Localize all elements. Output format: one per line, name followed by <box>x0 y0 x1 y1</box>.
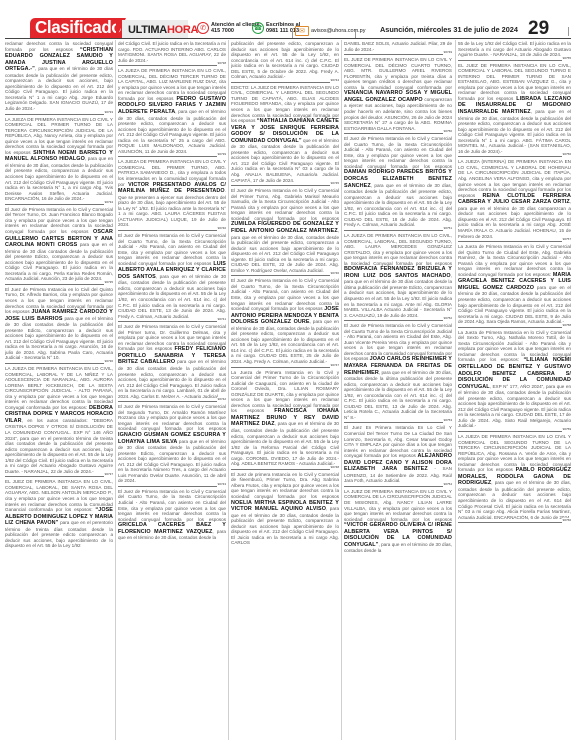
edict-code: 90754 <box>443 482 452 488</box>
edict-code: 90741 <box>217 317 226 323</box>
edict-body: , para que en el término de 30 días, con… <box>231 228 339 273</box>
edict-text: EDICTO: LA JUEZ DE PRIMERA INSTANCIA EN … <box>231 85 339 183</box>
edict-notice: El Juez de Primera Instancia en lo Civil… <box>118 232 226 320</box>
edict-text: La Jueza de Primera Instancia en lo Civi… <box>231 370 339 467</box>
edict-body: LA JUEZA DE PRIMERA INSTANCIA EN LO CIVI… <box>5 366 113 410</box>
edict-text: El Juez de Primera Instancia en lo Civil… <box>118 324 226 399</box>
section-banner: Clasificados <box>30 18 122 38</box>
edict-body: , para que en el término de 30 días, con… <box>118 109 226 154</box>
edict-notice: El Juez En Primera Instancia En Lo Civil… <box>344 424 452 484</box>
edict-notice: publicación del presente edicto, compare… <box>231 40 339 81</box>
edict-divider: 90752 <box>344 320 452 321</box>
edict-body: , para que en el término de 30 días, con… <box>231 319 339 364</box>
edict-body: , para que en el término de 30 días, con… <box>231 506 339 545</box>
edict-body: , para que en el término de 30 días, con… <box>458 480 571 519</box>
edict-text: EL JUEZ DE PRIMERA INSTANCIA EN LO CIVIL… <box>458 63 571 155</box>
edict-notice: El Juez de Primera Instancia en lo Civil… <box>118 488 226 542</box>
edict-body: , para que en el término de 30 días, con… <box>118 274 226 319</box>
header-divider <box>355 30 356 38</box>
edict-body: , para que en el término de 30 días, con… <box>458 109 571 154</box>
edict-divider: 90740 <box>118 230 226 231</box>
edict-notice: LA JUEZA DE PRIMERA INSTANCIA EN LO CIVI… <box>118 67 226 155</box>
whatsapp-icon: ☎ <box>252 22 264 34</box>
header-divider <box>292 30 293 38</box>
edict-text: LA JUEZA DE PRIMERA INSTANCIA EN LO CIVI… <box>5 117 113 202</box>
header-divider <box>568 27 569 36</box>
edict-body: El Juez de Primera Instancia en lo Civil… <box>231 188 339 221</box>
phone-number: 415 7000 <box>211 28 234 34</box>
page-number: 29 <box>528 18 549 40</box>
edict-text: EL JUEZ DE PRIMERA INSTANCIA EN LO CIVIL… <box>5 479 113 549</box>
edict-body: , para que en el término de 30 días cont… <box>344 273 452 318</box>
edict-body: para que en el término de 30 días contad… <box>5 316 113 361</box>
edict-divider: 90737 <box>5 476 113 477</box>
edict-code: 90748 <box>330 465 339 471</box>
edict-body: publicación del presente edicto, compare… <box>231 41 339 79</box>
edict-notice: del Código Civil. El juicio radica en la… <box>118 40 226 64</box>
edict-divider: 90739 <box>118 156 226 157</box>
edict-text: El Juez de Primera Instancia en lo Civil… <box>344 323 452 420</box>
edict-code: 90753 <box>443 418 452 424</box>
edict-text: LA JUEZA DE PRIMERA INSTANCIA EN LO CIVI… <box>344 233 452 318</box>
publication-date: Asunción, miércoles 31 de julio de 2024 <box>380 25 518 34</box>
edict-code: 90755 <box>562 56 571 62</box>
column-3: publicación del presente edicto, compare… <box>231 40 339 752</box>
edict-body: , EXP N° 177, AÑO 2024”, para que en el … <box>458 384 571 429</box>
edict-notice: 55 de la Ley 1/92 del Código Civil. El j… <box>458 40 571 59</box>
edict-text: El Juez de Primera Instancia en lo Civil… <box>231 188 339 273</box>
edict-divider: 90759 <box>458 431 571 432</box>
edict-body: , para que en el término de 30 días cont… <box>5 66 113 111</box>
spouses-names: NOELIA MIRTHA ESPINOLA BENITEZ Y VICTOR … <box>231 500 339 513</box>
edict-body: El Juez de Primera Instancia en lo Civil… <box>118 233 226 266</box>
edict-divider: 90734 <box>5 204 113 205</box>
edict-body: La Jueza de Primera Instancia en lo Civi… <box>231 370 339 414</box>
edict-text: 55 de la Ley 1/92 del Código Civil. El j… <box>458 41 571 58</box>
edict-body: , para que en el término de 30 días comp… <box>458 199 571 238</box>
edict-code: 90745 <box>330 181 339 187</box>
edict-body: EL JUEZ DE PRIMERA INSTANCIA EN LO CIVIL… <box>344 57 452 90</box>
edict-body: DANIEL BAEZ SOLIS, Actuario Judicial. Pi… <box>344 41 452 52</box>
edict-text: El Juez En Primera Instancia En Lo Civil… <box>344 425 452 483</box>
email-address[interactable]: avisos@uhora.com.py <box>311 28 366 34</box>
edict-divider: 90756 <box>458 156 571 157</box>
edict-divider: 90733 <box>5 114 113 115</box>
edict-divider: 90736 <box>5 363 113 364</box>
edict-code: 90752 <box>443 316 452 322</box>
edict-text: LA JUEZA DE PRIMERA INSTANCIA EN LO CIVI… <box>458 434 571 520</box>
edict-body: 55 de la Ley 1/92 del Código Civil. El j… <box>458 41 571 57</box>
edict-notice: LA JUEZA (INTERINA) DE PRIMERA INSTANCIA… <box>458 158 571 240</box>
column-divider <box>115 40 116 740</box>
edict-notice: LA JUEZA DE PRIMERA INSTANCIA EN LO CIVI… <box>5 116 113 203</box>
edict-notice: El Juez de Primera Instancia en lo Civil… <box>5 286 113 362</box>
edict-code: 90737 <box>104 472 113 478</box>
edict-code: 90757 <box>562 237 571 243</box>
spouses-names: GRICELDA CACERES BAEZ y FLORENCIO MARTIN… <box>118 522 226 535</box>
newspaper-logo: ULTIMAHORA <box>128 24 198 36</box>
edict-body: . Que se presenten a ejercer sus derecho… <box>118 188 226 227</box>
edict-notice: EL JUEZ DE PRIMERA INSTANCIA EN LO CIVIL… <box>344 56 452 132</box>
edict-notice: EL JUEZ DE PRIMERA INSTANCIA EN LO CIVIL… <box>458 62 571 156</box>
edict-divider: 90760 <box>458 522 571 523</box>
edict-divider: 90735 <box>5 284 113 285</box>
column-4: DANIEL BAEZ SOLIS, Actuario Judicial. Pi… <box>344 40 452 752</box>
edict-notice: El Juez de Primera Instancia en lo Civil… <box>231 277 339 365</box>
classifieds-columns: reclamar derechos contra la sociedad con… <box>5 40 571 752</box>
edict-divider: 90750 <box>344 133 452 134</box>
edict-body: , para que en el término de 30 días, con… <box>344 183 452 228</box>
edict-notice: LA JUEZA DE PRIMERA INSTANCIA EN LO CIVI… <box>458 433 571 521</box>
edict-body: del Código Civil. El juicio radica en la… <box>118 41 226 63</box>
edict-divider: 90745 <box>231 185 339 186</box>
column-divider <box>341 40 342 740</box>
edict-code: 90747 <box>330 363 339 369</box>
edict-text: EL JUEZ DE PRIMERA INSTANCIA EN LO CIVIL… <box>344 57 452 131</box>
column-2: del Código Civil. El juicio radica en la… <box>118 40 226 752</box>
edict-code: 90738 <box>217 61 226 67</box>
edict-divider: 90758 <box>458 327 571 328</box>
edict-notice: La Jueza de Primera Instancia en lo Civi… <box>458 243 571 326</box>
edict-text: El Juez de Primera Instancia en lo Civil… <box>118 489 226 541</box>
edict-divider: 90742 <box>118 401 226 402</box>
edict-text: LA JUEZ DE PRIMERA INSTANCIA EN LO CIVIL… <box>344 489 452 554</box>
edict-body: , en los autos caratulados: “DEBORA CRIS… <box>5 418 113 474</box>
column-divider <box>228 40 229 740</box>
edict-notice: El Juez de Primera Instancia en lo Civil… <box>231 187 339 274</box>
edict-body: que en el término de 30 días, contados d… <box>231 138 339 183</box>
edict-text: LA JUEZA DE PRIMERA INSTANCIA EN LO CIVI… <box>5 366 113 474</box>
edict-notice: LA JUEZA DE PRIMERA INSTANCIA EN LO CIVI… <box>344 232 452 319</box>
edict-notice: LA JUEZA DE PRIMERA INSTANCIA EN LO CIVI… <box>5 365 113 475</box>
edict-code: 90746 <box>330 271 339 277</box>
edict-divider: 90755 <box>458 60 571 61</box>
envelope-icon: ✉ <box>295 26 309 36</box>
edict-notice: El Juez de primera Instancia en lo Civil… <box>231 471 339 547</box>
spouses-names: VICTOR PRESENTADO AVALOS C/ MARILINA MUÑ… <box>118 182 226 195</box>
edict-notice: El Juez de Primera Instancia en lo Civil… <box>118 403 226 485</box>
edict-notice: reclamar derechos contra la sociedad con… <box>5 40 113 113</box>
edict-code: 90734 <box>104 200 113 206</box>
column-divider <box>455 40 456 740</box>
edict-text: La Jueza de Primera Instancia en lo Civi… <box>458 244 571 325</box>
edict-text: El Juez de Primera Instancia en lo Civil… <box>118 404 226 484</box>
edict-code: 90740 <box>217 226 226 232</box>
edict-text: El Juez de Primera Instancia en lo Civil… <box>231 278 339 364</box>
edict-body: para que en el término de 30 días contad… <box>118 439 226 484</box>
spouses-names: BDOMFACIA FERNANDEZ BRIZUELA Y IRONI LUI… <box>344 266 452 279</box>
edict-text: DANIEL BAEZ SOLIS, Actuario Judicial. Pi… <box>344 41 452 52</box>
edict-body: LA JUEZA DE PRIMERA INSTANCIA EN LO CIVI… <box>344 233 452 266</box>
edict-notice: EDICTO: LA JUEZ DE PRIMERA INSTANCIA EN … <box>231 84 339 184</box>
edict-divider: 90746 <box>231 275 339 276</box>
edict-notice: LA JUEZ DE PRIMERA INSTANCIA EN LO CIVIL… <box>344 488 452 555</box>
whatsapp-contact: ☎ Escríbinos al0981 111 013 <box>252 19 300 37</box>
edict-text: LA JUEZA DE PRIMERA INSTANCIA EN LO CIVI… <box>118 159 226 228</box>
edict-notice: LA JUEZA DE PRIMERA INSTANCIA EN LO CIVI… <box>118 158 226 229</box>
edict-code: 90743 <box>217 482 226 488</box>
edict-text: El Juez de primera Instancia en lo Civil… <box>231 472 339 546</box>
header-rule <box>5 38 571 39</box>
edict-code: 90735 <box>104 280 113 286</box>
edict-body: El Juez de Primera Instancia en lo Civil… <box>344 136 452 169</box>
edict-text: El Juez de Primera Instancia en lo Civil… <box>5 207 113 282</box>
edict-text: El Juez de Primera Instancia en lo Civil… <box>344 136 452 228</box>
edict-text: publicación del presente edicto, compare… <box>231 41 339 80</box>
edict-divider: 90751 <box>344 230 452 231</box>
edict-notice: El Juez de Primera Instancia en lo Civil… <box>344 135 452 229</box>
edict-body: El Juez de Primera Instancia en lo Civil… <box>231 278 339 311</box>
edict-body: para que en el término de 30 días contad… <box>118 359 226 398</box>
edict-code: 90759 <box>562 427 571 433</box>
edict-notice: El Juez de Primera Instancia en lo Civil… <box>344 322 452 421</box>
edict-body: , para que en el término de 30 días, con… <box>344 370 452 420</box>
edict-code: 90751 <box>443 226 452 232</box>
edict-code: 90733 <box>104 110 113 116</box>
edict-notice: DANIEL BAEZ SOLIS, Actuario Judicial. Pi… <box>344 40 452 53</box>
edict-notice: El Juez de Primera Instancia en lo Civil… <box>5 206 113 283</box>
edict-code: 90744 <box>330 78 339 84</box>
edict-divider: 90738 <box>118 65 226 66</box>
edict-notice: La Jueza de Primera Instancia en lo Civi… <box>458 329 571 430</box>
edict-text: El Juez de Primera Instancia en lo Civil… <box>5 287 113 361</box>
page-header: Clasificados ULTIMAHORA ✆ Atención al cl… <box>0 0 580 36</box>
edict-divider: 90747 <box>231 367 339 368</box>
edict-body: para que en el término de 30 días contad… <box>5 242 113 281</box>
edict-text: del Código Civil. El juicio radica en la… <box>118 41 226 63</box>
column-5: 55 de la Ley 1/92 del Código Civil. El j… <box>458 40 571 752</box>
column-1: reclamar derechos contra la sociedad con… <box>5 40 113 752</box>
edict-code: 90756 <box>562 152 571 158</box>
edict-code: 90750 <box>443 129 452 135</box>
edict-body: El Juez de Primera Instancia en lo Civil… <box>118 489 226 522</box>
edict-text: reclamar derechos contra la sociedad con… <box>5 41 113 112</box>
edict-code: 90760 <box>562 518 571 524</box>
edict-body: , para que en el término de 30 días, con… <box>231 421 339 466</box>
edict-divider: 90744 <box>231 82 339 83</box>
edict-body: LA JUEZ DE PRIMERA INSTANCIA EN LO CIVIL… <box>344 489 452 522</box>
edict-code: 90739 <box>217 152 226 158</box>
spouses-names: ZUMILDA FIGUEREDO DE GONZALEZ y FIDEL AN… <box>231 221 339 234</box>
edict-divider: 90741 <box>118 321 226 322</box>
edict-notice: La Jueza de Primera Instancia en lo Civi… <box>231 369 339 468</box>
edict-text: La Jueza de Primera Instancia en lo Civi… <box>458 330 571 429</box>
edict-body: para que en el término de 30 días, conta… <box>458 285 571 324</box>
edict-notice: El Juez de Primera Instancia en lo Civil… <box>118 323 226 400</box>
edict-divider: 90748 <box>231 469 339 470</box>
edict-divider: 90743 <box>118 486 226 487</box>
edict-notice: EL JUEZ DE PRIMERA INSTANCIA EN LO CIVIL… <box>5 478 113 550</box>
phone-icon: ✆ <box>197 22 209 34</box>
edict-code: 90736 <box>104 359 113 365</box>
edict-body: , para que en el término de 30 días, con… <box>5 156 113 201</box>
edict-divider: 90749 <box>344 54 452 55</box>
edict-body: El Juez de primera Instancia en lo Civil… <box>231 472 339 499</box>
edict-divider: 90753 <box>344 422 452 423</box>
edict-divider: 90754 <box>344 486 452 487</box>
edict-code: 90742 <box>217 397 226 403</box>
edict-code: 90749 <box>443 50 452 56</box>
edict-text: LA JUEZA (INTERINA) DE PRIMERA INSTANCIA… <box>458 159 571 239</box>
edict-code: 90758 <box>562 323 571 329</box>
edict-text: El Juez de Primera Instancia en lo Civil… <box>118 233 226 319</box>
edict-body: El Juez de Primera Instancia en lo Civil… <box>118 404 226 431</box>
edict-divider: 90757 <box>458 241 571 242</box>
edict-text: LA JUEZA DE PRIMERA INSTANCIA EN LO CIVI… <box>118 68 226 154</box>
